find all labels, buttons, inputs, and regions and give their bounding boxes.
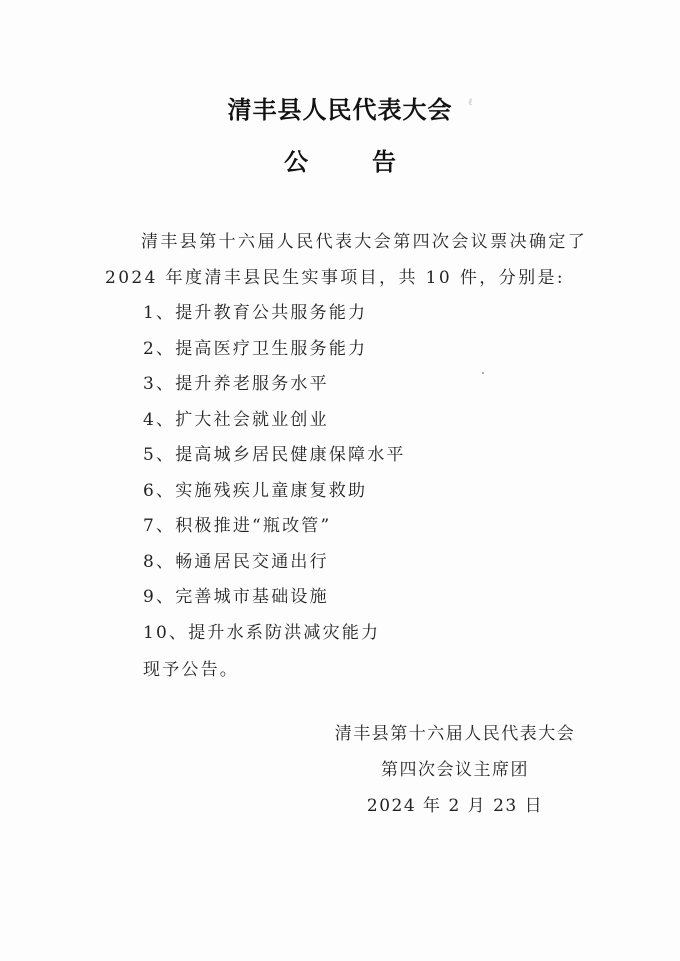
list-item: 5、提高城乡居民健康保障水平 — [143, 438, 406, 474]
document-title: 清丰县人民代表大会 — [0, 90, 680, 125]
project-list: 1、提升教育公共服务能力 2、提高医疗卫生服务能力 3、提升养老服务水平 4、扩… — [143, 296, 406, 651]
list-item: 6、实施残疾儿童康复救助 — [143, 474, 406, 510]
document-subtitle: 公告 — [0, 142, 680, 177]
list-item: 3、提升养老服务水平 — [143, 367, 406, 403]
intro-line-1: 清丰县第十六届人民代表大会第四次会议票决确定了 — [105, 224, 585, 260]
subtitle-char-1: 公 — [284, 142, 308, 177]
list-item: 8、畅通居民交通出行 — [143, 545, 406, 581]
document-page: 清丰县人民代表大会 ℓ 公告 清丰县第十六届人民代表大会第四次会议票决确定了 2… — [0, 0, 680, 961]
signature-date: 2024 年 2 月 23 日 — [330, 788, 580, 824]
signature-block: 清丰县第十六届人民代表大会 第四次会议主席团 2024 年 2 月 23 日 — [330, 716, 580, 824]
closing-statement: 现予公告。 — [143, 652, 239, 688]
scan-mark: ℓ — [468, 97, 473, 108]
signature-body: 第四次会议主席团 — [330, 752, 580, 788]
scan-speck — [482, 372, 484, 374]
list-item: 10、提升水系防洪减灾能力 — [143, 616, 406, 652]
list-item: 7、积极推进“瓶改管” — [143, 509, 406, 545]
list-item: 9、完善城市基础设施 — [143, 580, 406, 616]
list-item: 4、扩大社会就业创业 — [143, 403, 406, 439]
list-item: 1、提升教育公共服务能力 — [143, 296, 406, 332]
signature-issuer: 清丰县第十六届人民代表大会 — [330, 716, 580, 752]
intro-line-2: 2024 年度清丰县民生实事项目，共 10 件，分别是: — [105, 260, 585, 296]
list-item: 2、提高医疗卫生服务能力 — [143, 332, 406, 368]
intro-paragraph: 清丰县第十六届人民代表大会第四次会议票决确定了 2024 年度清丰县民生实事项目… — [105, 224, 585, 296]
subtitle-char-2: 告 — [372, 142, 396, 177]
